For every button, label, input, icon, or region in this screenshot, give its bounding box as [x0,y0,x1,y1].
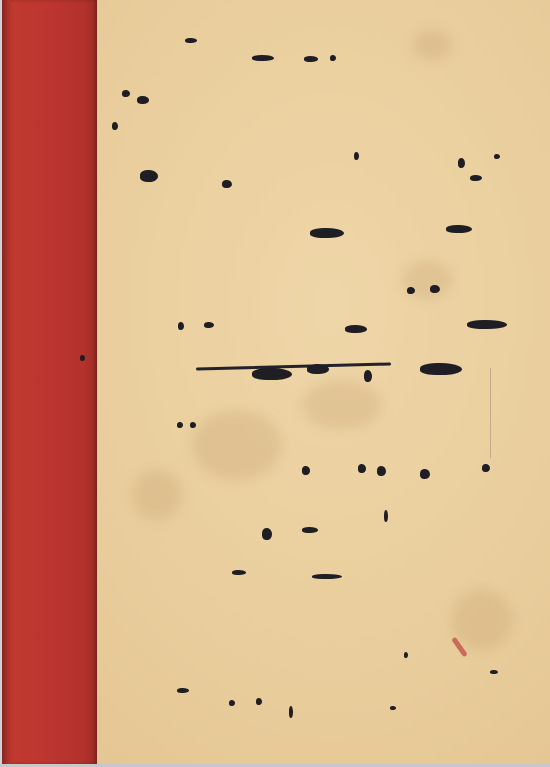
red-cloth-spine [2,0,97,764]
book-cover [2,0,550,764]
spine-edge [2,0,10,764]
faint-pencil-line [490,368,491,458]
